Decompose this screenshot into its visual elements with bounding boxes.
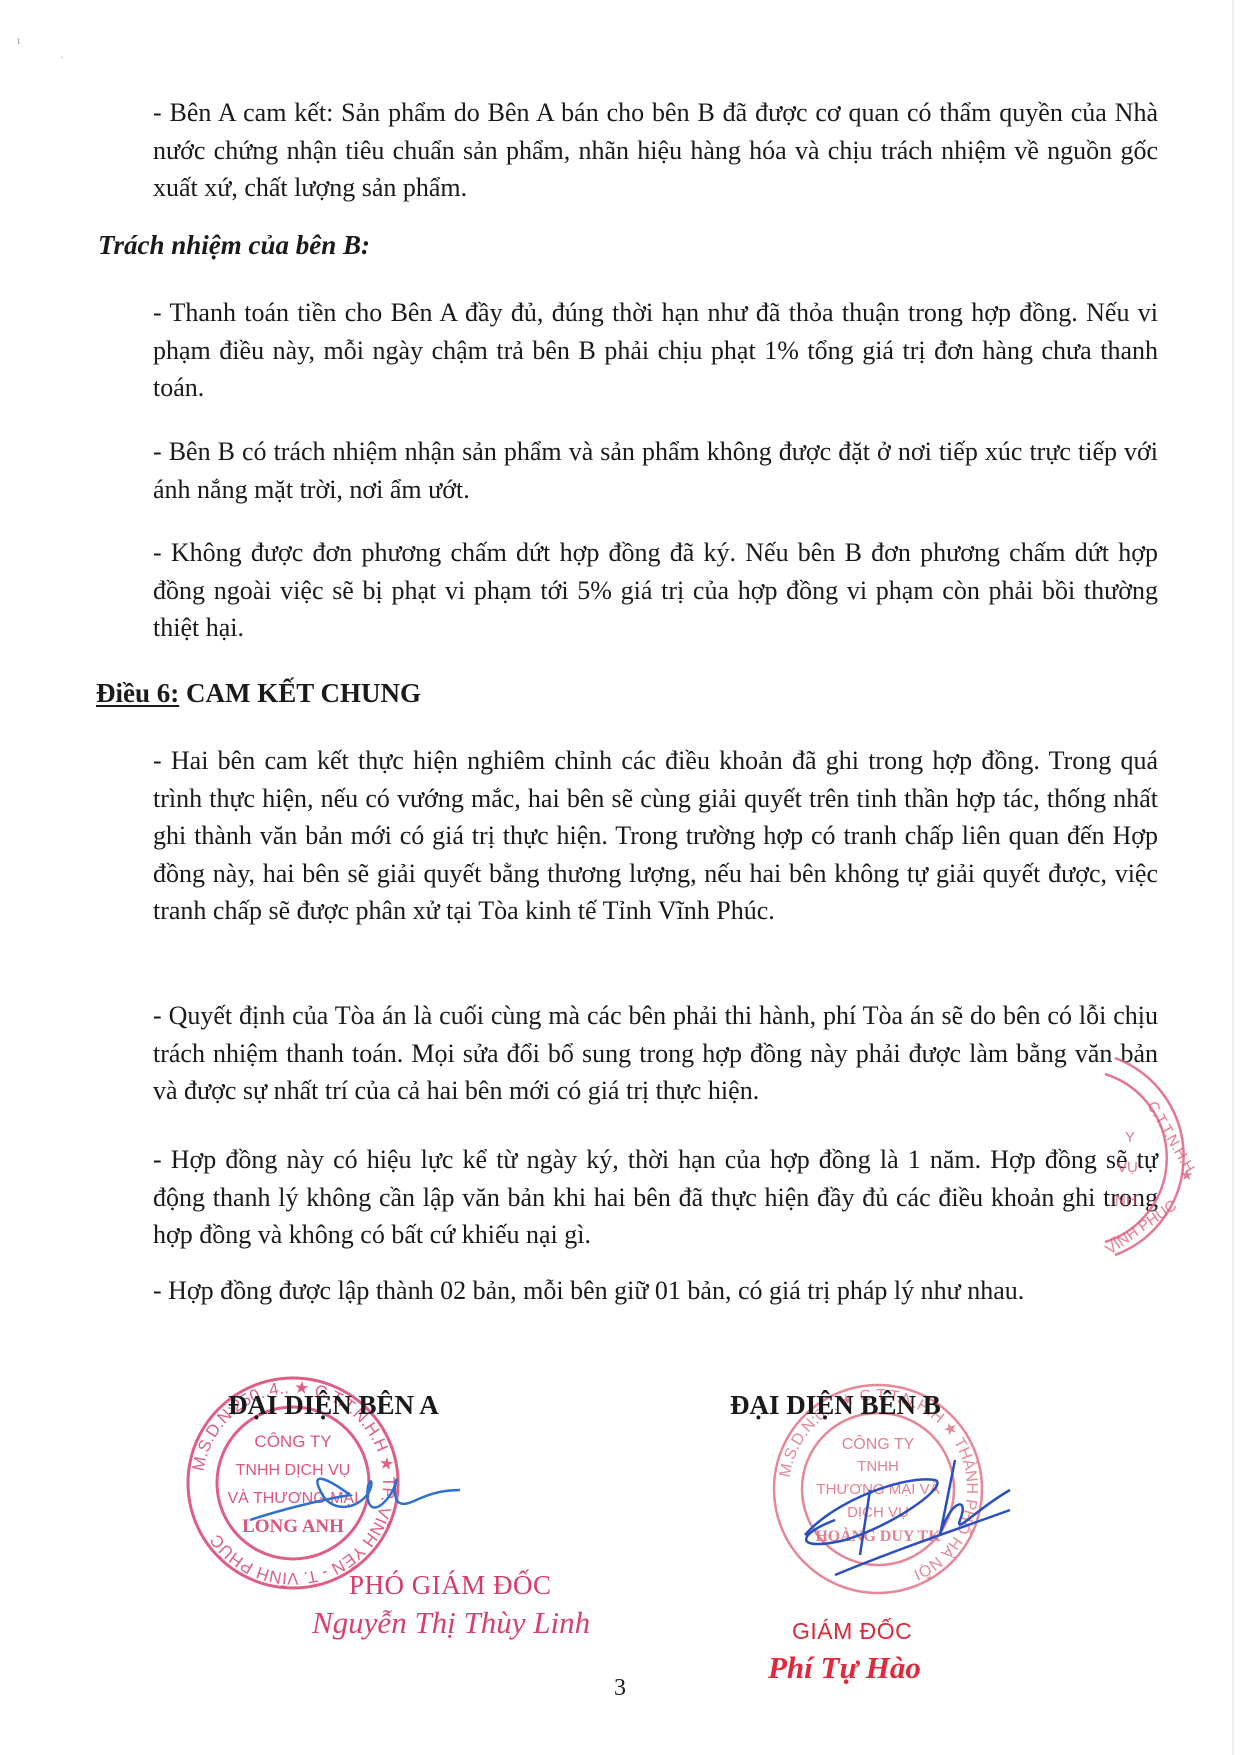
svg-text:C.T.T.N.H.H: C.T.T.N.H.H bbox=[1144, 1099, 1198, 1176]
scan-artifact: ı bbox=[17, 33, 20, 48]
party-b-item-payment: - Thanh toán tiền cho Bên A đầy đủ, đúng… bbox=[153, 294, 1158, 407]
svg-text:CÔNG TY: CÔNG TY bbox=[842, 1434, 915, 1453]
party-b-item-no-termination: - Không được đơn phương chấm dứt hợp đồn… bbox=[153, 534, 1158, 647]
svg-text:NH: NH bbox=[1115, 1192, 1137, 1209]
article-6-item-court-decision: - Quyết định của Tòa án là cuối cùng mà … bbox=[153, 997, 1158, 1110]
article-6-item-copies: - Hợp đồng được lập thành 02 bản, mỗi bê… bbox=[153, 1272, 1158, 1310]
party-b-name: Phí Tự Hào bbox=[768, 1650, 921, 1686]
svg-text:THƯƠNG MẠI VÀ: THƯƠNG MẠI VÀ bbox=[816, 1481, 939, 1498]
document-page: ı ˌ - Bên A cam kết: Sản phẩm do Bên A b… bbox=[0, 0, 1241, 1755]
article-title: CAM KẾT CHUNG bbox=[186, 678, 421, 708]
party-a-commitment-paragraph: - Bên A cam kết: Sản phẩm do Bên A bán c… bbox=[153, 94, 1158, 207]
svg-text:VỤ: VỤ bbox=[1117, 1159, 1138, 1176]
party-a-role: PHÓ GIÁM ĐỐC bbox=[349, 1570, 552, 1601]
svg-text:TNHH DỊCH VỤ: TNHH DỊCH VỤ bbox=[236, 1462, 351, 1479]
svg-text:HOÀNG DUY TK: HOÀNG DUY TK bbox=[815, 1526, 941, 1545]
article-number: Điều 6: bbox=[96, 678, 179, 708]
page-number: 3 bbox=[614, 1675, 626, 1702]
svg-text:DỊCH VỤ: DỊCH VỤ bbox=[847, 1504, 909, 1521]
svg-text:VÀ THƯƠNG MẠI: VÀ THƯƠNG MẠI bbox=[227, 1488, 358, 1507]
svg-text:★: ★ bbox=[1180, 1167, 1193, 1184]
article-6-item-validity: - Hợp đồng này có hiệu lực kể từ ngày ký… bbox=[153, 1141, 1158, 1254]
party-b-responsibilities-heading: Trách nhiệm của bên B: bbox=[98, 230, 370, 261]
svg-text:LONG ANH: LONG ANH bbox=[242, 1516, 344, 1537]
scan-edge-line bbox=[1232, 0, 1234, 1755]
svg-text:CÔNG TY: CÔNG TY bbox=[254, 1432, 331, 1451]
article-6-heading: Điều 6: CAM KẾT CHUNG bbox=[96, 678, 421, 709]
article-6-item-disputes: - Hai bên cam kết thực hiện nghiêm chỉnh… bbox=[153, 742, 1158, 930]
svg-text:TNHH: TNHH bbox=[857, 1458, 899, 1475]
party-b-representative-title: ĐẠI DIỆN BÊN B bbox=[730, 1390, 941, 1421]
party-a-representative-title: ĐẠI DIỆN BÊN A bbox=[228, 1390, 439, 1421]
scan-artifact: ˌ bbox=[60, 45, 64, 60]
margin-stamp: C.T.T.N.H.H Y VỤ NH ★ VĨNH PHÚC bbox=[1075, 1050, 1241, 1270]
svg-text:Y: Y bbox=[1125, 1129, 1135, 1146]
party-b-role: GIÁM ĐỐC bbox=[792, 1618, 912, 1645]
party-a-name: Nguyễn Thị Thùy Linh bbox=[312, 1605, 590, 1641]
party-b-item-receive-products: - Bên B có trách nhiệm nhận sản phẩm và … bbox=[153, 433, 1158, 508]
